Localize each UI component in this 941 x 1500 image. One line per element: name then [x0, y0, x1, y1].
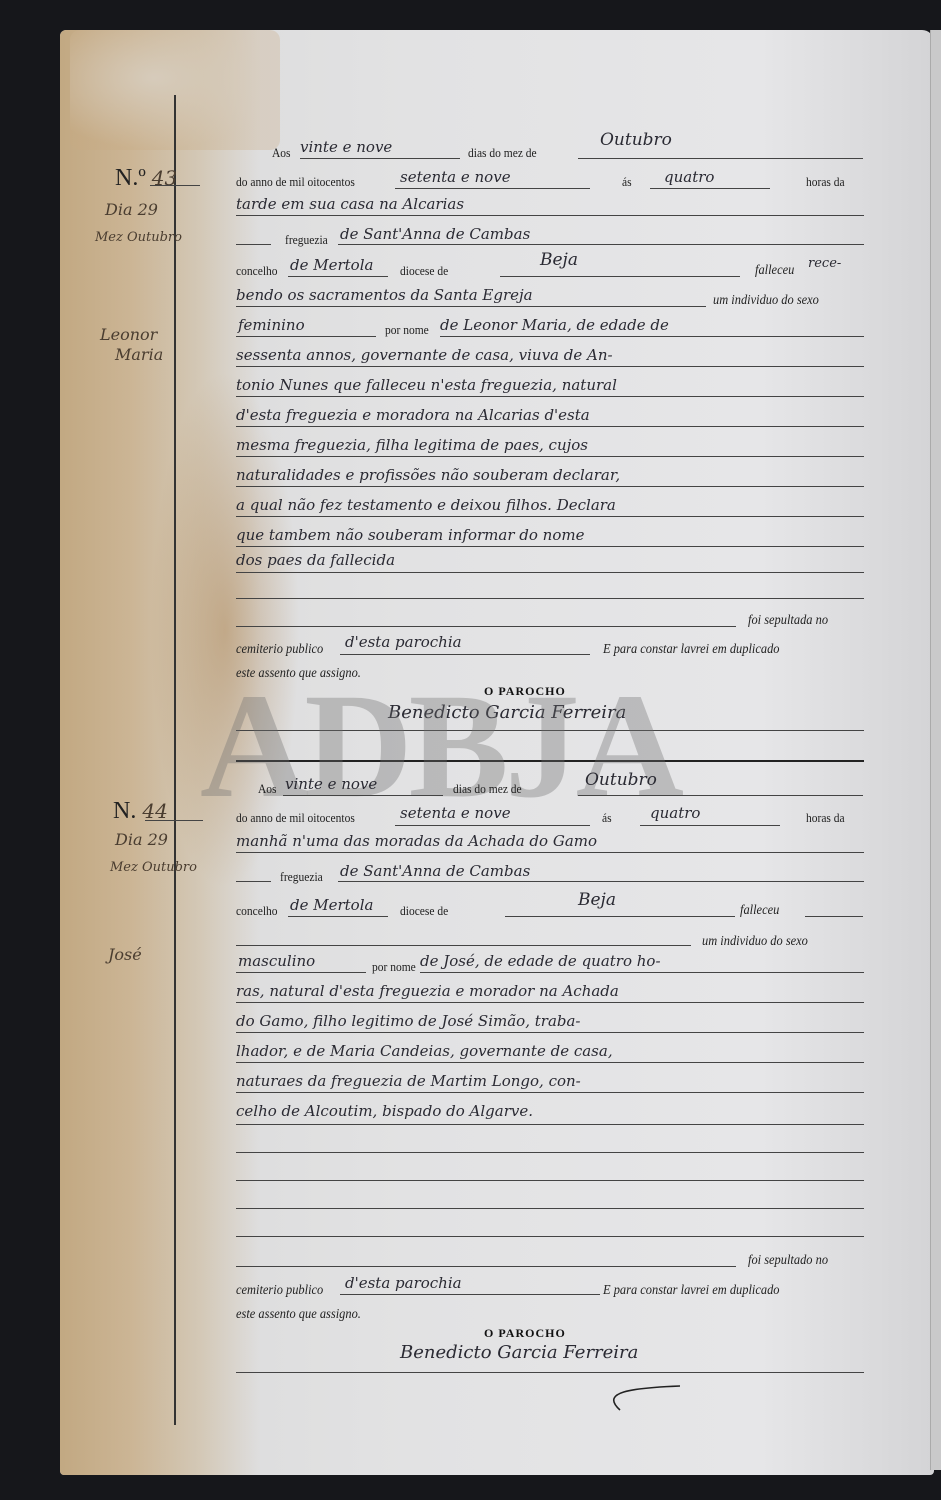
parocho-title: O PAROCHO	[484, 1326, 566, 1341]
field-diocese: Beja	[540, 250, 578, 270]
field-year: setenta e nove	[400, 804, 511, 822]
label-aos: Aos	[258, 782, 277, 797]
label-horas-da: horas da	[806, 175, 845, 190]
field-hour: quatro	[650, 804, 700, 822]
label-anno: do anno de mil oitocentos	[236, 811, 355, 826]
label-freguezia: freguezia	[280, 870, 323, 885]
field-cemiterio: d'esta parochia	[345, 633, 462, 651]
label-assento: este assento que assigno.	[236, 1306, 361, 1322]
label-anno: do anno de mil oitocentos	[236, 175, 355, 190]
label-as: ás	[622, 175, 632, 190]
field-diocese: Beja	[578, 890, 616, 910]
body-line: naturalidades e profissões não souberam …	[236, 466, 620, 484]
margin-name-line1: Leonor	[100, 325, 157, 344]
field-freguezia: de Sant'Anna de Cambas	[340, 225, 530, 243]
entry-number: 43	[152, 166, 177, 190]
field-falleceu-cont: rece-	[808, 256, 841, 271]
body-line: lhador, e de Maria Candeias, governante …	[236, 1042, 613, 1060]
entry-number-label: N.	[113, 798, 136, 824]
label-para-constar: E para constar lavrei em duplicado	[603, 641, 780, 657]
body-line: do Gamo, filho legitimo de José Simão, t…	[236, 1012, 581, 1030]
label-aos: Aos	[272, 146, 291, 161]
field-concelho: de Mertola	[290, 256, 373, 274]
body-line: celho de Alcoutim, bispado do Algarve.	[236, 1102, 533, 1120]
label-falleceu: falleceu	[740, 902, 779, 918]
label-freguezia: freguezia	[285, 233, 328, 248]
margin-rule	[174, 95, 176, 1425]
margin-date-month: Mez Outubro	[95, 230, 182, 245]
field-month: Outubro	[600, 130, 672, 150]
field-day: vinte e nove	[285, 775, 377, 793]
label-individuo-sexo: um individuo do sexo	[702, 933, 808, 949]
body-line: sessenta annos, governante de casa, viuv…	[236, 346, 613, 364]
label-por-nome: por nome	[385, 323, 429, 338]
label-dias-do-mez: dias do mez de	[453, 782, 522, 797]
entry-number-label: N.º	[115, 165, 146, 191]
field-cemiterio: d'esta parochia	[345, 1274, 462, 1292]
label-cemiterio: cemiterio publico	[236, 1282, 323, 1298]
field-hour: quatro	[664, 168, 714, 186]
parocho-signature: Benedicto Garcia Ferreira	[388, 702, 626, 723]
label-cemiterio: cemiterio publico	[236, 641, 323, 657]
field-sacramentos: bendo os sacramentos da Santa Egreja	[236, 286, 533, 304]
field-place: manhã n'uma das moradas da Achada do Gam…	[236, 832, 597, 850]
page-edge	[930, 30, 941, 1470]
label-concelho: concelho	[236, 264, 278, 279]
margin-date-day: Dia 29	[115, 830, 168, 849]
field-sexo: feminino	[238, 316, 305, 334]
body-line: dos paes da fallecida	[236, 551, 395, 569]
parocho-title: O PAROCHO	[484, 684, 566, 699]
label-falleceu: falleceu	[755, 262, 794, 278]
margin-name-line2: Maria	[115, 345, 163, 364]
field-year: setenta e nove	[400, 168, 511, 186]
parocho-signature: Benedicto Garcia Ferreira	[400, 1342, 638, 1363]
label-por-nome: por nome	[372, 960, 416, 975]
label-dias-do-mez: dias do mez de	[468, 146, 537, 161]
body-line: tonio Nunes que falleceu n'esta freguezi…	[236, 376, 617, 394]
label-individuo-sexo: um individuo do sexo	[713, 292, 819, 308]
margin-date-month: Mez Outubro	[110, 860, 197, 875]
label-para-constar: E para constar lavrei em duplicado	[603, 1282, 780, 1298]
label-concelho: concelho	[236, 904, 278, 919]
field-freguezia: de Sant'Anna de Cambas	[340, 862, 530, 880]
margin-name: José	[108, 945, 142, 964]
label-diocese: diocese de	[400, 904, 448, 919]
label-horas-da: horas da	[806, 811, 845, 826]
flourish-icon	[590, 1380, 710, 1420]
body-line: que tambem não souberam informar do nome	[236, 526, 584, 544]
field-concelho: de Mertola	[290, 896, 373, 914]
label-diocese: diocese de	[400, 264, 448, 279]
field-nome: de José, de edade de quatro ho-	[420, 952, 661, 970]
field-sexo: masculino	[238, 952, 315, 970]
label-foi-sepultado: foi sepultado no	[748, 1252, 828, 1268]
body-line: a qual não fez testamento e deixou filho…	[236, 496, 616, 514]
body-line: naturaes da freguezia de Martim Longo, c…	[236, 1072, 581, 1090]
margin-date-day: Dia 29	[105, 200, 158, 219]
body-line: d'esta freguezia e moradora na Alcarias …	[236, 406, 590, 424]
field-month: Outubro	[585, 770, 657, 790]
body-line: ras, natural d'esta freguezia e morador …	[236, 982, 619, 1000]
body-line: mesma freguezia, filha legitima de paes,…	[236, 436, 588, 454]
field-nome: de Leonor Maria, de edade de	[440, 316, 669, 334]
label-assento: este assento que assigno.	[236, 665, 361, 681]
field-day: vinte e nove	[300, 138, 392, 156]
label-foi-sepultada: foi sepultada no	[748, 612, 828, 628]
field-place: tarde em sua casa na Alcarias	[236, 195, 464, 213]
label-as: ás	[602, 811, 612, 826]
